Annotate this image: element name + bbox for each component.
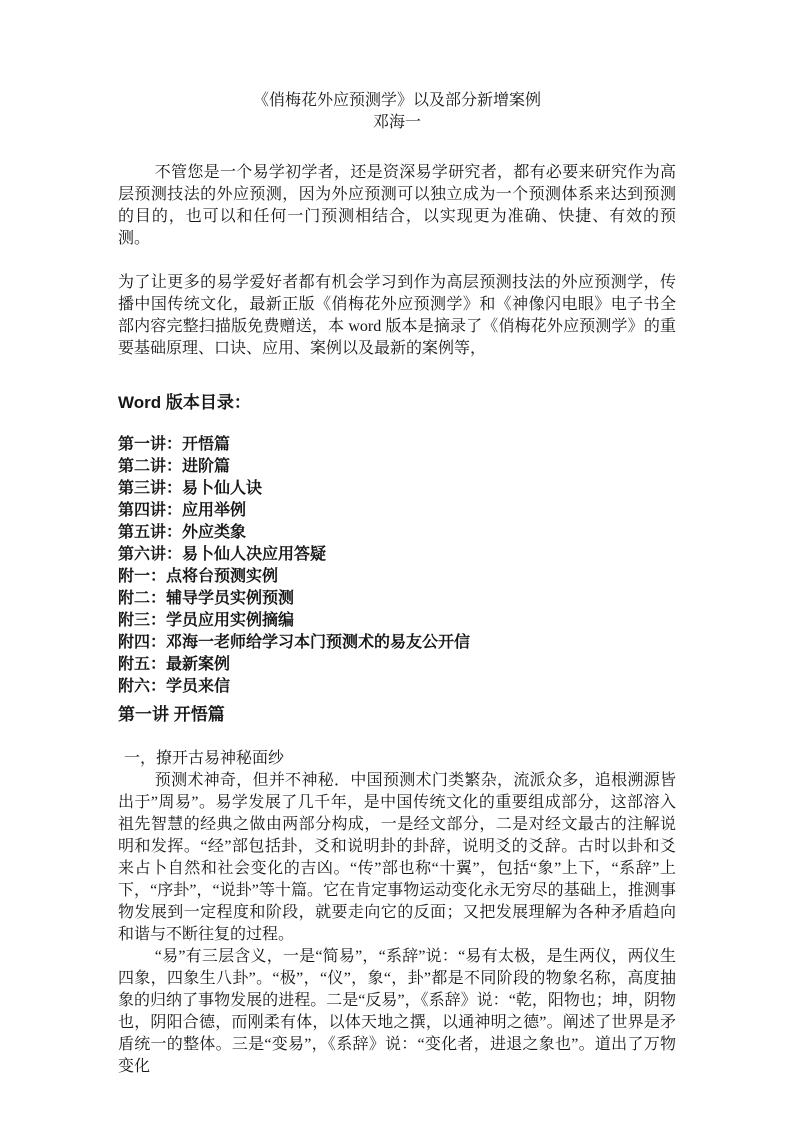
toc-item: 第一讲：开悟篇 — [118, 434, 676, 456]
toc-list: 第一讲：开悟篇 第二讲：进阶篇 第三讲：易卜仙人诀 第四讲：应用举例 第五讲：外… — [118, 434, 676, 698]
body-paragraph: “易”有三层含义，一是“简易”，“系辞”说：“易有太极，是生两仪，两仪生四象，四… — [118, 946, 676, 1078]
toc-item: 附六：学员来信 — [118, 676, 676, 698]
subsection-title: 一，撩开古易神秘面纱 — [124, 748, 676, 770]
toc-item: 附二：辅导学员实例预测 — [118, 588, 676, 610]
toc-item: 第二讲：进阶篇 — [118, 456, 676, 478]
toc-item: 第四讲：应用举例 — [118, 500, 676, 522]
toc-item: 第五讲：外应类象 — [118, 522, 676, 544]
toc-item: 附一：点将台预测实例 — [118, 566, 676, 588]
document-title: 《俏梅花外应预测学》以及部分新增案例 — [118, 90, 676, 112]
intro-paragraph: 为了让更多的易学爱好者都有机会学习到作为高层预测技法的外应预测学，传播中国传统文… — [118, 272, 676, 360]
document-author: 邓海一 — [118, 112, 676, 134]
toc-item: 第三讲：易卜仙人诀 — [118, 478, 676, 500]
toc-item: 附五：最新案例 — [118, 654, 676, 676]
page-content: 《俏梅花外应预测学》以及部分新增案例 邓海一 不管您是一个易学初学者，还是资深易… — [118, 90, 676, 1078]
toc-heading: Word 版本目录： — [118, 392, 676, 414]
section-heading: 第一讲 开悟篇 — [118, 704, 676, 726]
document-page: 《俏梅花外应预测学》以及部分新增案例 邓海一 不管您是一个易学初学者，还是资深易… — [0, 0, 793, 1122]
intro-paragraph: 不管您是一个易学初学者，还是资深易学研究者，都有必要来研究作为高层预测技法的外应… — [118, 162, 676, 250]
body-paragraph: 预测术神奇，但并不神秘．中国预测术门类繁杂，流派众多，追根溯源皆出于”周易”。易… — [118, 770, 676, 946]
toc-item: 附三：学员应用实例摘编 — [118, 610, 676, 632]
toc-item: 第六讲：易卜仙人决应用答疑 — [118, 544, 676, 566]
toc-item: 附四：邓海一老师给学习本门预测术的易友公开信 — [118, 632, 676, 654]
